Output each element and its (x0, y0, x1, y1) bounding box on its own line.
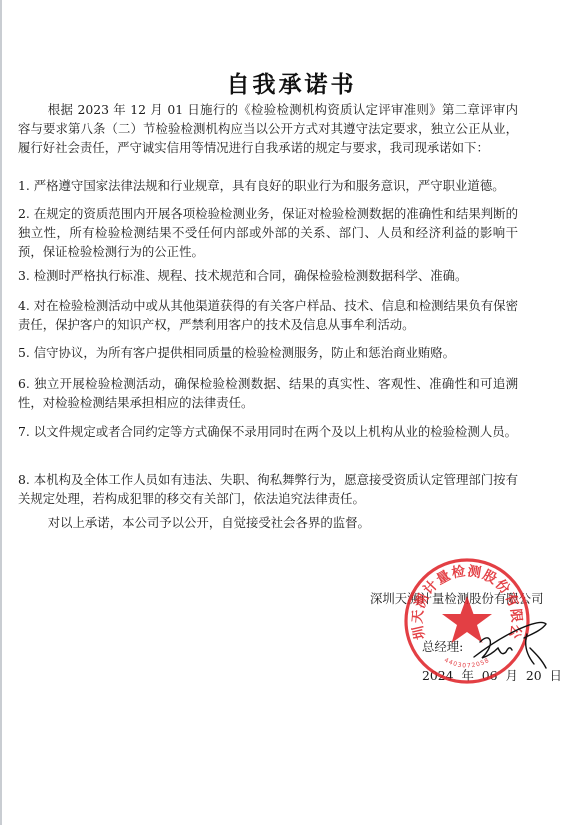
signature-icon (472, 612, 552, 672)
commitment-item-3: 3. 检测时严格执行标准、规程、技术规范和合同，确保检验检测数据科学、准确。 (18, 266, 518, 285)
document-page: 自我承诺书 根据 2023 年 12 月 01 日施行的《检验检测机构资质认定评… (2, 0, 581, 825)
commitment-item-1: 1. 严格遵守国家法律法规和行业规章，具有良好的职业行为和服务意识，严守职业道德… (18, 176, 518, 195)
commitment-item-6: 6. 独立开展检验检测活动，确保检验检测数据、结果的真实性、客观性、准确性和可追… (18, 374, 518, 412)
intro-paragraph: 根据 2023 年 12 月 01 日施行的《检验检测机构资质认定评审准则》第二… (18, 100, 518, 157)
commitment-item-2: 2. 在规定的资质范围内开展各项检验检测业务，保证对检验检测数据的准确性和结果判… (18, 204, 518, 261)
closing-paragraph: 对以上承诺，本公司予以公开，自觉接受社会各界的监督。 (18, 513, 518, 532)
commitment-item-8: 8. 本机构及全体工作人员如有违法、失职、徇私舞弊行为，愿意接受资质认定管理部门… (18, 470, 518, 508)
document-title: 自我承诺书 (2, 66, 581, 99)
commitment-item-5: 5. 信守协议，为所有客户提供相同质量的检验检测服务，防止和惩治商业贿赂。 (18, 343, 518, 362)
commitment-item-7: 7. 以文件规定或者合同约定等方式确保不录用同时在两个及以上机构从业的检验检测人… (18, 422, 518, 441)
commitment-item-4: 4. 对在检验检测活动中或从其他渠道获得的有关客户样品、技术、信息和检测结果负有… (18, 296, 518, 334)
